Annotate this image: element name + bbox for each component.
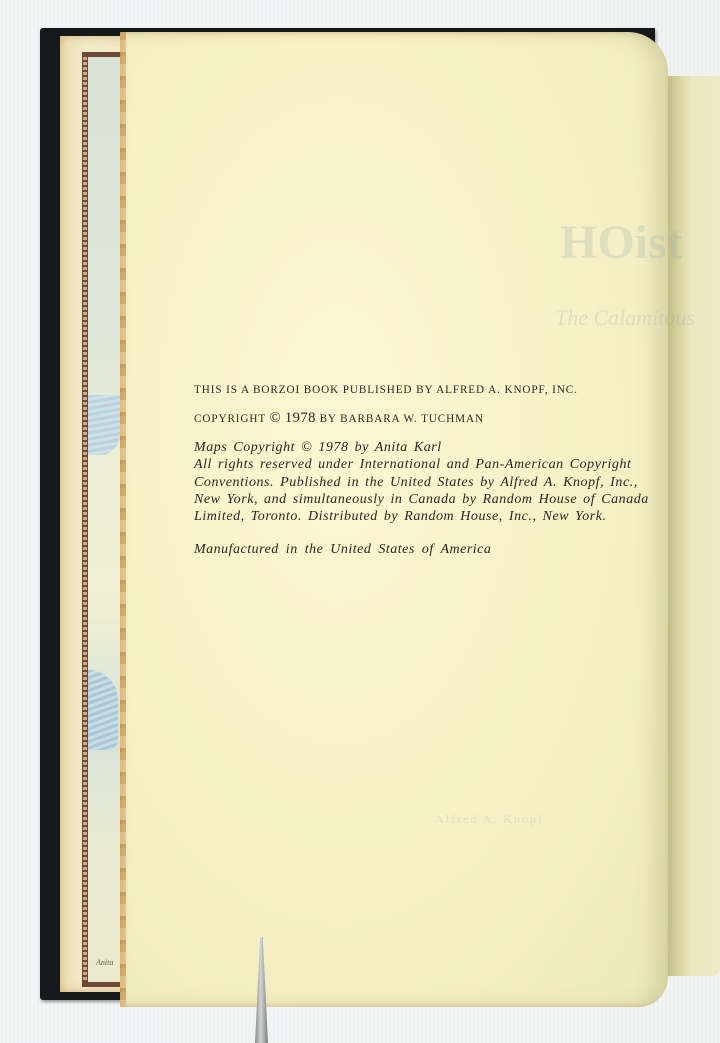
copyright-prefix: Copyright bbox=[194, 413, 266, 425]
rights-line: New York, and simultaneously in Canada b… bbox=[194, 491, 674, 508]
bleed-through-subtitle: The Calamitous bbox=[555, 305, 695, 331]
copyright-year: 1978 bbox=[285, 410, 316, 426]
map-signature: Anita bbox=[96, 958, 113, 967]
rights-line: All rights reserved under International … bbox=[194, 456, 674, 473]
rights-line: Maps Copyright © 1978 by Anita Karl bbox=[194, 439, 674, 456]
copyright-line: Copyright © 1978 by Barbara W. Tuchman bbox=[194, 410, 674, 427]
copyright-text-block: This is a Borzoi Book published by Alfre… bbox=[194, 384, 674, 572]
page-edge-stain bbox=[120, 32, 126, 1007]
manufactured-line: Manufactured in the United States of Ame… bbox=[194, 542, 674, 558]
bleed-through-footer: Alfred A. Knopf bbox=[435, 812, 544, 827]
map-sea-region bbox=[88, 395, 120, 455]
bleed-through-title: HOist bbox=[560, 215, 683, 270]
rights-line: Limited, Toronto. Distributed by Random … bbox=[194, 508, 674, 525]
copyright-symbol: © bbox=[270, 410, 282, 426]
rights-line: Conventions. Published in the United Sta… bbox=[194, 474, 674, 491]
publisher-line: This is a Borzoi Book published by Alfre… bbox=[194, 384, 674, 396]
copyright-holder: by Barbara W. Tuchman bbox=[320, 413, 484, 425]
rights-paragraph: Maps Copyright © 1978 by Anita Karl All … bbox=[194, 439, 674, 525]
